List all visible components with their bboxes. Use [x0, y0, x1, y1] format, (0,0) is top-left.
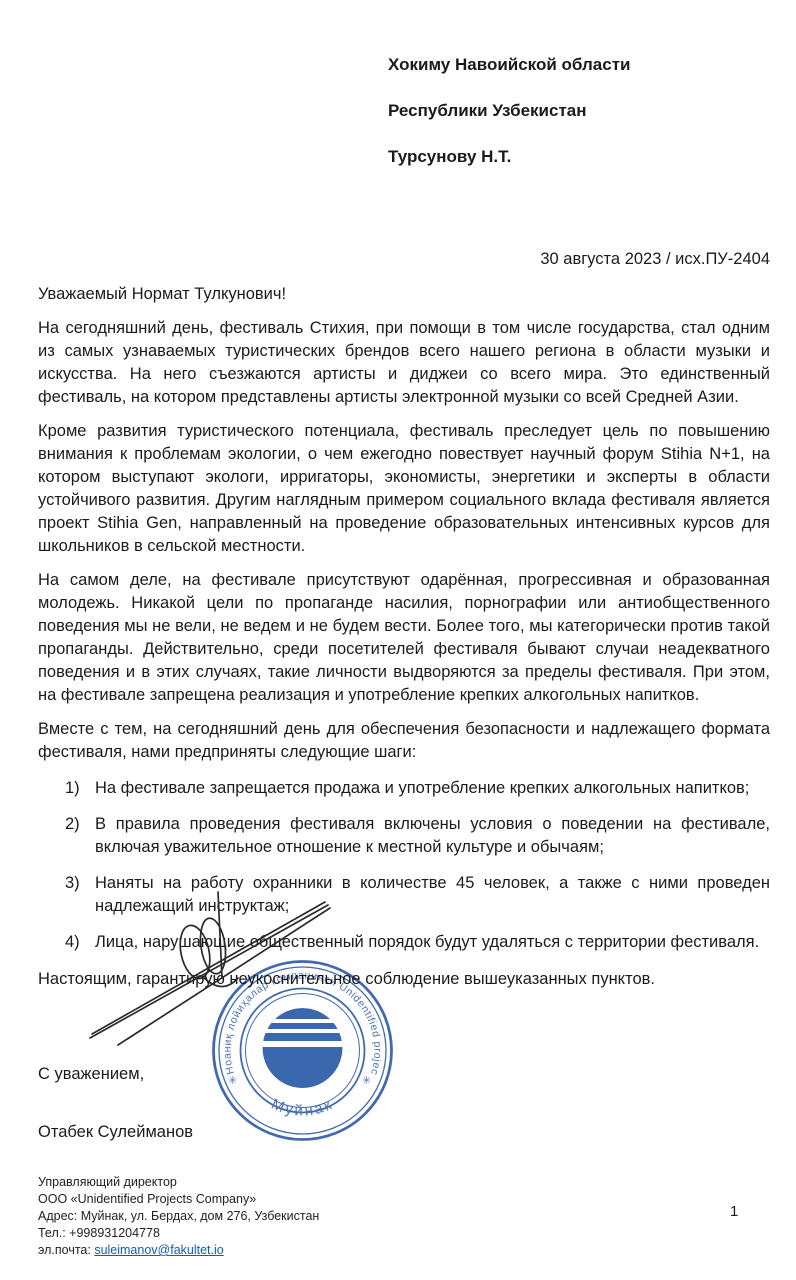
list-item-number: 2) — [65, 813, 95, 859]
letter-page: Хокиму Навоийской области Республики Узб… — [0, 0, 796, 1280]
paragraph-list-intro: Вместе с тем, на сегодняшний день для об… — [38, 718, 770, 764]
email-label: эл.почта: — [38, 1243, 94, 1257]
regards-line: С уважением, — [38, 1063, 770, 1086]
page-number: 1 — [730, 1203, 738, 1220]
list-item: 4) Лица, нарушающие общественный порядок… — [38, 931, 770, 954]
signer-name: Отабек Сулейманов — [38, 1121, 770, 1144]
list-item-number: 1) — [65, 777, 95, 800]
email-row: эл.почта: suleimanov@fakultet.io — [38, 1242, 770, 1259]
letter-content: Хокиму Навоийской области Республики Узб… — [38, 30, 770, 1259]
company-address: Адрес: Муйнак, ул. Бердах, дом 276, Узбе… — [38, 1208, 770, 1225]
company-name: ООО «Unidentified Projects Company» — [38, 1191, 770, 1208]
salutation: Уважаемый Нормат Тулкунович! — [38, 283, 770, 306]
recipient-line-2: Республики Узбекистан — [388, 99, 770, 122]
list-item: 1) На фестивале запрещается продажа и уп… — [38, 777, 770, 800]
closing-statement: Настоящим, гарантирую неукоснительное со… — [38, 968, 770, 991]
list-item: 3) Наняты на работу охранники в количест… — [38, 872, 770, 918]
recipient-line-3: Турсунову Н.Т. — [388, 145, 770, 168]
signer-role: Управляющий директор — [38, 1174, 770, 1191]
paragraph-festival-brand: На сегодняшний день, фестиваль Стихия, п… — [38, 317, 770, 409]
signature-footer-block: Управляющий директор ООО «Unidentified P… — [38, 1174, 770, 1259]
paragraph-youth-conduct: На самом деле, на фестивале присутствуют… — [38, 569, 770, 707]
list-item-number: 3) — [65, 872, 95, 918]
date-and-ref-number: 30 августа 2023 / исх.ПУ-2404 — [38, 248, 770, 270]
recipient-line-1: Хокиму Навоийской области — [388, 53, 770, 76]
list-item-text: Наняты на работу охранники в количестве … — [95, 872, 770, 918]
measures-list: 1) На фестивале запрещается продажа и уп… — [38, 777, 770, 954]
list-item: 2) В правила проведения фестиваля включе… — [38, 813, 770, 859]
company-phone: Тел.: +998931204778 — [38, 1225, 770, 1242]
paragraph-ecology-forum: Кроме развития туристического потенциала… — [38, 420, 770, 558]
list-item-text: В правила проведения фестиваля включены … — [95, 813, 770, 859]
list-item-text: На фестивале запрещается продажа и употр… — [95, 777, 770, 800]
list-item-number: 4) — [65, 931, 95, 954]
email-link[interactable]: suleimanov@fakultet.io — [94, 1243, 223, 1257]
recipient-block: Хокиму Навоийской области Республики Узб… — [388, 30, 770, 191]
list-item-text: Лица, нарушающие общественный порядок бу… — [95, 931, 770, 954]
